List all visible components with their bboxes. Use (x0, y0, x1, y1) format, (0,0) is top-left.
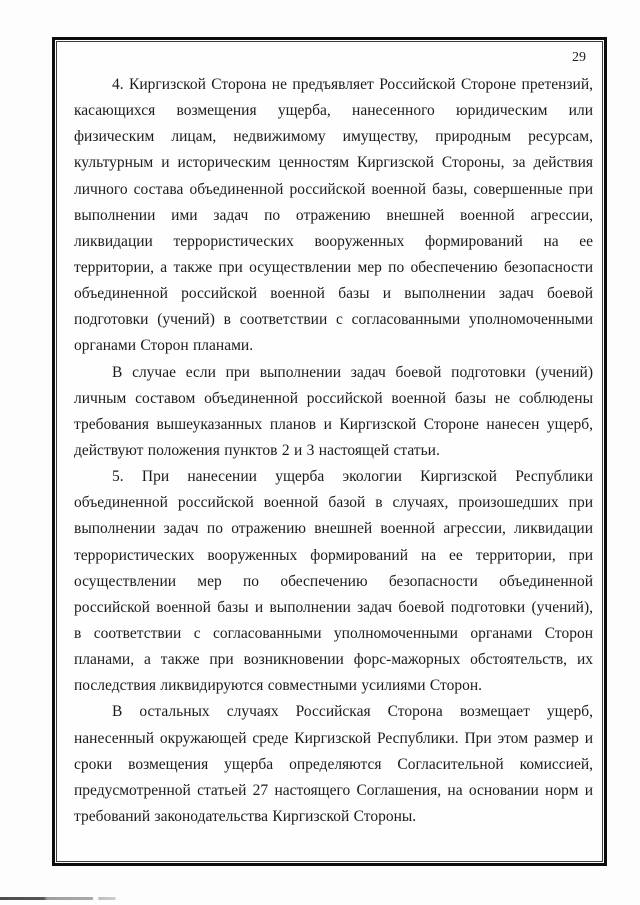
document-text-block: 4. Киргизской Сторона не предъявляет Рос… (74, 72, 593, 830)
text-line: выполнении ими задач по отражению внешне… (74, 203, 593, 229)
text-line: территории, а также при осуществлении ме… (74, 255, 593, 281)
text-line: 4. Киргизской Сторона не предъявляет Рос… (74, 72, 593, 98)
text-line: В случае если при выполнении задач боево… (74, 360, 593, 386)
text-line: в соответствии с согласованными уполномо… (74, 621, 593, 647)
text-line: выполнении задач по отражению внешней во… (74, 516, 593, 542)
text-line: культурным и историческим ценностям Кирг… (74, 150, 593, 176)
text-line: касающихся возмещения ущерба, нанесенног… (74, 98, 593, 124)
text-line: личным составом объединенной российской … (74, 386, 593, 412)
text-line: предусмотренной статьей 27 настоящего Со… (74, 778, 593, 804)
text-line: В остальных случаях Российская Сторона в… (74, 699, 593, 725)
text-line: объединенной российской военной базы и в… (74, 281, 593, 307)
text-line: ликвидации террористических вооруженных … (74, 229, 593, 255)
text-line: действуют положения пунктов 2 и 3 настоя… (74, 438, 593, 464)
text-line: требований законодательства Киргизской С… (74, 804, 593, 830)
text-line: 5. При нанесении ущерба экологии Киргизс… (74, 464, 593, 490)
text-line: требования вышеуказанных планов и Киргиз… (74, 412, 593, 438)
page-border-frame: 29 4. Киргизской Сторона не предъявляет … (52, 37, 607, 866)
text-line: личного состава объединенной российской … (74, 177, 593, 203)
text-line: планами, а также при возникновении форс-… (74, 647, 593, 673)
scan-artifact-line (0, 897, 132, 900)
text-line: последствия ликвидируются совместными ус… (74, 673, 593, 699)
text-line: осуществлении мер по обеспечению безопас… (74, 569, 593, 595)
text-line: объединенной российской военной базой в … (74, 490, 593, 516)
page-number: 29 (74, 48, 593, 68)
page-content: 29 4. Киргизской Сторона не предъявляет … (57, 42, 602, 861)
page-border-inner-line: 29 4. Киргизской Сторона не предъявляет … (56, 41, 603, 862)
text-line: подготовки (учений) в соответствии с сог… (74, 307, 593, 333)
text-line: российской военной базы и выполнении зад… (74, 595, 593, 621)
text-line: сроки возмещения ущерба определяются Сог… (74, 752, 593, 778)
text-line: физическим лицам, недвижимому имуществу,… (74, 124, 593, 150)
text-line: террористических вооруженных формировани… (74, 543, 593, 569)
text-line: нанесенный окружающей среде Киргизской Р… (74, 726, 593, 752)
text-line: органами Сторон планами. (74, 333, 593, 359)
